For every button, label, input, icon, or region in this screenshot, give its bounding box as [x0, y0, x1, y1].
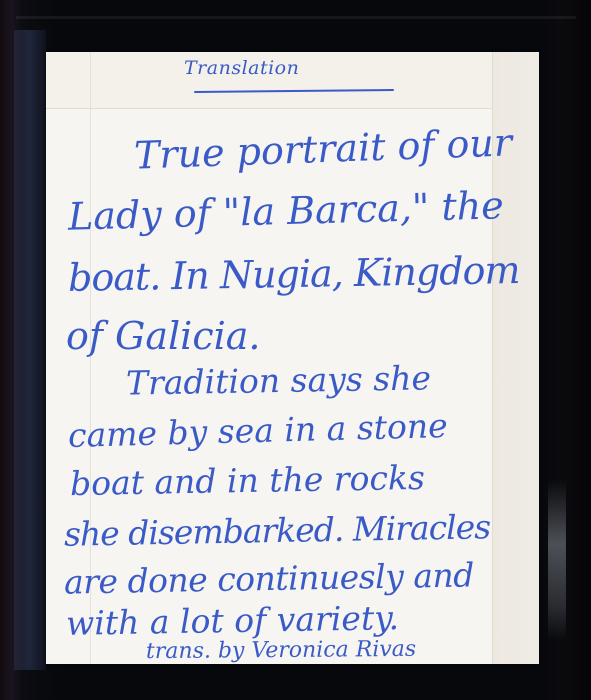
frame-glare — [548, 480, 566, 640]
note-line: boat. In Nugia, Kingdom — [68, 251, 520, 297]
note-line: Tradition says she — [126, 361, 431, 399]
note-line: she disembarked. Miracles — [64, 510, 491, 550]
note-line: with a lot of variety. — [66, 601, 399, 640]
note-line: Lady of "la Barca," the — [68, 186, 505, 235]
note-line: True portrait of our — [133, 123, 512, 174]
note-line: boat and in the rocks — [70, 461, 425, 500]
note-title: Translation — [184, 57, 299, 79]
note-line: came by sea in a stone — [68, 409, 448, 452]
frame-edge-highlight — [14, 30, 46, 670]
handwritten-note-paper: Translation True portrait of our Lady of… — [46, 52, 538, 664]
note-line: of Galicia. — [66, 317, 261, 355]
translator-signature: trans. by Veronica Rivas — [146, 639, 416, 663]
frame-glare — [16, 16, 576, 19]
note-line: are done continuesly and — [64, 558, 474, 598]
picture-frame: Translation True portrait of our Lady of… — [0, 0, 591, 700]
